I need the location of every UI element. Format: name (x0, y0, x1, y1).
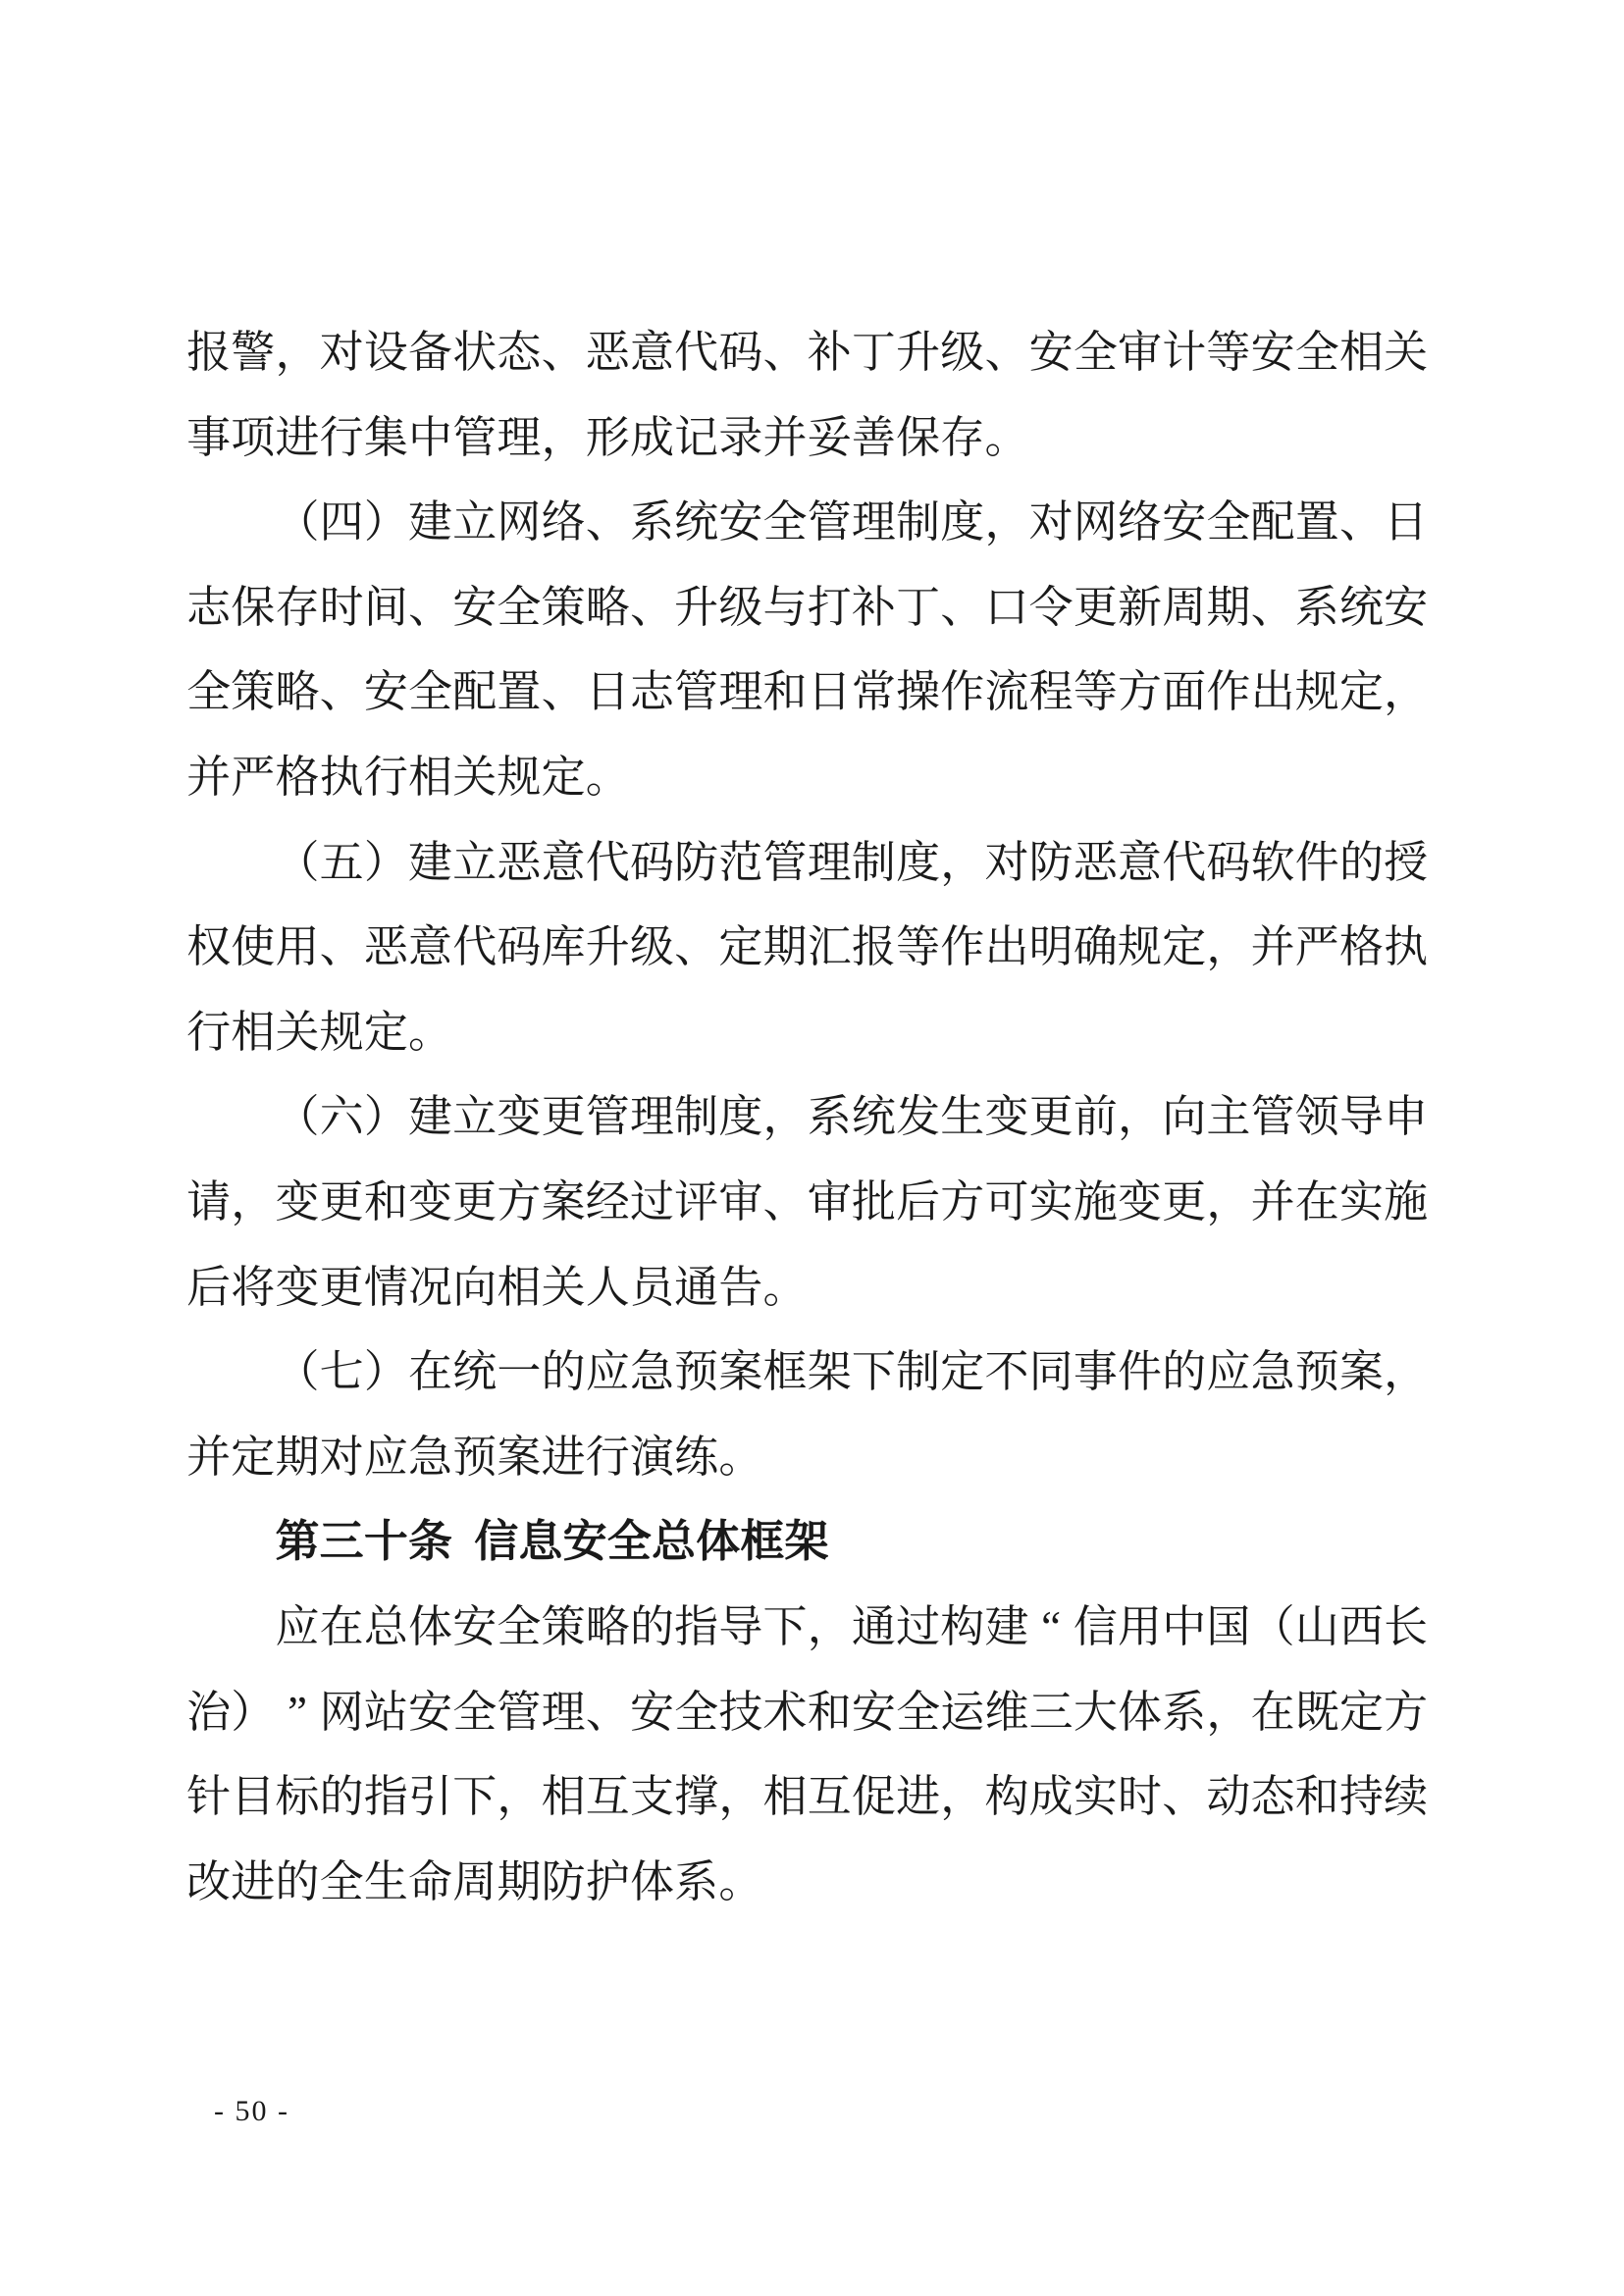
char: 期 (762, 905, 807, 990)
char: 行 (364, 735, 408, 820)
char: 理 (542, 1670, 586, 1755)
char: 与 (762, 565, 807, 651)
char: 案 (542, 1160, 586, 1245)
char: 略 (275, 650, 319, 735)
char: 相 (408, 735, 452, 820)
char: 情 (364, 1245, 408, 1331)
char: ， (231, 1160, 275, 1245)
char: 用 (1118, 1585, 1162, 1670)
char: ， (1384, 1330, 1428, 1415)
char: 关 (542, 1245, 586, 1331)
char: （ (275, 820, 319, 906)
char: 日 (808, 650, 852, 735)
char: ， (1118, 1074, 1162, 1160)
char: ， (718, 1754, 762, 1840)
char: 补 (808, 310, 852, 395)
char: 相 (762, 1754, 807, 1840)
char: 审 (718, 1160, 762, 1245)
char: 应 (586, 1330, 630, 1415)
char: 定 (364, 990, 408, 1075)
text-line: 全策略、安全配置、日志管理和日常操作流程等方面作出规定， (186, 650, 1429, 735)
char: 形 (586, 395, 630, 481)
char: 时 (1118, 1754, 1162, 1840)
char: 进 (542, 1415, 586, 1500)
char: 标 (275, 1754, 319, 1840)
char: 的 (1162, 1330, 1206, 1415)
char: 度 (896, 820, 940, 906)
char: 制 (896, 1330, 940, 1415)
char: 全 (452, 1670, 497, 1755)
char: 发 (896, 1074, 940, 1160)
char: ， (1206, 1670, 1250, 1755)
char: 、 (940, 565, 984, 651)
char: 恶 (586, 310, 630, 395)
char: 变 (275, 1245, 319, 1331)
char: ， (1206, 905, 1250, 990)
char: 技 (718, 1670, 762, 1755)
char: 录 (718, 395, 762, 481)
char: 在 (408, 1330, 452, 1415)
char: 定 (542, 735, 586, 820)
char: 等 (896, 905, 940, 990)
char: 全 (1074, 310, 1118, 395)
char: 态 (1251, 1754, 1295, 1840)
char: 六 (320, 1074, 364, 1160)
char: 一 (497, 1330, 541, 1415)
char: 命 (408, 1840, 452, 1925)
char: 流 (984, 650, 1028, 735)
char: 目 (231, 1754, 275, 1840)
char: 安 (452, 1585, 497, 1670)
char: 配 (452, 650, 497, 735)
char: 定 (1339, 650, 1384, 735)
char: 定 (1339, 1670, 1384, 1755)
char: 站 (364, 1670, 408, 1755)
char: 建 (408, 480, 452, 565)
char: 确 (1074, 905, 1118, 990)
char: 持 (1339, 1754, 1384, 1840)
char: 升 (586, 905, 630, 990)
char: 向 (1162, 1074, 1206, 1160)
char: 全 (1206, 480, 1250, 565)
char: 代 (586, 820, 630, 906)
char: 码 (497, 905, 541, 990)
char: 代 (452, 905, 497, 990)
char: 四 (320, 480, 364, 565)
char: 变 (275, 1160, 319, 1245)
char: 西 (1339, 1585, 1384, 1670)
char: 管 (808, 480, 852, 565)
char: 员 (630, 1245, 674, 1331)
char: 全 (186, 650, 231, 735)
char: ” (275, 1670, 319, 1755)
char: 升 (896, 310, 940, 395)
char: 网 (497, 480, 541, 565)
char: 保 (896, 395, 940, 481)
char: 出 (984, 905, 1028, 990)
char: 日 (1384, 480, 1428, 565)
char: 管 (497, 1670, 541, 1755)
char: 更 (320, 1160, 364, 1245)
char: 事 (1074, 1330, 1118, 1415)
char: 规 (320, 990, 364, 1075)
char: 制 (674, 1074, 718, 1160)
char: 互 (808, 1754, 852, 1840)
char: 况 (408, 1245, 452, 1331)
char: 并 (1251, 905, 1295, 990)
char: 主 (1206, 1074, 1250, 1160)
char: 息 (518, 1499, 562, 1585)
char: 全 (408, 650, 452, 735)
char: 中 (1162, 1585, 1206, 1670)
char: 体 (1118, 1670, 1162, 1755)
char: 构 (984, 1754, 1028, 1840)
char: 态 (497, 310, 541, 395)
char: 下 (452, 1754, 497, 1840)
char: 并 (762, 395, 807, 481)
char: 系 (674, 1840, 718, 1925)
char: 统 (1339, 565, 1384, 651)
char: 权 (186, 905, 231, 990)
char: 实 (1074, 1754, 1118, 1840)
char: 制 (896, 480, 940, 565)
char: 全 (1295, 310, 1339, 395)
char: 志 (630, 650, 674, 735)
text-line: 并严格执行相关规定。 (186, 735, 1429, 820)
char: 进 (231, 1840, 275, 1925)
char: 既 (1295, 1670, 1339, 1755)
char: 应 (1206, 1330, 1250, 1415)
text-line: 志保存时间、安全策略、升级与打补丁、口令更新周期、系统安 (186, 565, 1429, 651)
char: 络 (542, 480, 586, 565)
char: 审 (1118, 310, 1162, 395)
char: ， (762, 1074, 807, 1160)
char: 下 (852, 1330, 896, 1415)
char: “ (1029, 1585, 1074, 1670)
char: 、 (630, 565, 674, 651)
char: 网 (1074, 480, 1118, 565)
char: 策 (542, 1585, 586, 1670)
char: 练 (674, 1415, 718, 1500)
char: 定 (940, 1330, 984, 1415)
char: 授 (1384, 820, 1428, 906)
text-line: 应在总体安全策略的指导下，通过构建“信用中国（山西长 (186, 1585, 1429, 1670)
char: 急 (630, 1330, 674, 1415)
char: 安 (1162, 480, 1206, 565)
char: 格 (275, 735, 319, 820)
char: ） (231, 1670, 275, 1755)
char: 撑 (674, 1754, 718, 1840)
char: 定 (718, 905, 762, 990)
char: 安 (364, 650, 408, 735)
char: 恶 (364, 905, 408, 990)
char: 统 (852, 1074, 896, 1160)
char: 下 (762, 1585, 807, 1670)
char: （ (1251, 1585, 1295, 1670)
char: 妥 (808, 395, 852, 481)
char: 善 (852, 395, 896, 481)
char: 格 (1339, 905, 1384, 990)
char: 不 (984, 1330, 1028, 1415)
char: 络 (1118, 480, 1162, 565)
char: 丁 (896, 565, 940, 651)
char: 度 (940, 480, 984, 565)
char: 对 (1029, 480, 1074, 565)
char: 报 (186, 310, 231, 395)
char: 状 (452, 310, 497, 395)
char: 理 (808, 820, 852, 906)
char: 急 (408, 1415, 452, 1500)
char: 关 (275, 990, 319, 1075)
text-line: 并定期对应急预案进行演练。 (186, 1415, 1429, 1500)
char: 项 (231, 395, 275, 481)
char: 通 (852, 1585, 896, 1670)
char: 防 (1029, 820, 1074, 906)
char: 请 (186, 1160, 231, 1245)
char: 对 (984, 820, 1028, 906)
char: 级 (630, 905, 674, 990)
char: 、 (1162, 1754, 1206, 1840)
char: 体 (630, 1840, 674, 1925)
char: 建 (984, 1585, 1028, 1670)
char: 批 (852, 1160, 896, 1245)
char: 构 (940, 1585, 984, 1670)
char: 护 (586, 1840, 630, 1925)
char: 等 (1206, 310, 1250, 395)
char: 安 (1251, 310, 1295, 395)
char: 管 (452, 395, 497, 481)
char: 执 (1384, 905, 1428, 990)
char: 。 (984, 395, 1028, 481)
char: 五 (320, 820, 364, 906)
text-line: 行相关规定。 (186, 990, 1429, 1075)
text-line: （六）建立变更管理制度，系统发生变更前，向主管领导申 (186, 1074, 1429, 1160)
text-line: （五）建立恶意代码防范管理制度，对防恶意代码软件的授 (186, 820, 1429, 906)
char: 通 (674, 1245, 718, 1331)
char: 指 (364, 1754, 408, 1840)
char: 管 (1251, 1074, 1295, 1160)
char: 关 (1384, 310, 1428, 395)
char: 生 (364, 1840, 408, 1925)
char: 后 (896, 1160, 940, 1245)
char: 置 (497, 650, 541, 735)
char: 全 (497, 1585, 541, 1670)
char: 立 (452, 480, 497, 565)
char: 预 (452, 1415, 497, 1500)
char: 相 (1339, 310, 1384, 395)
char: 、 (542, 310, 586, 395)
char: 体 (696, 1499, 740, 1585)
char: 码 (1206, 820, 1250, 906)
char: 支 (630, 1754, 674, 1840)
char: ） (364, 1330, 408, 1415)
char: 变 (408, 1160, 452, 1245)
text-line: 针目标的指引下，相互支撑，相互促进，构成实时、动态和持续 (186, 1754, 1429, 1840)
char: 令 (1029, 565, 1074, 651)
char: 国 (1206, 1585, 1250, 1670)
char: 方 (497, 1160, 541, 1245)
char: 、 (542, 650, 586, 735)
char: 全 (762, 480, 807, 565)
char: 制 (852, 820, 896, 906)
char: 立 (452, 1074, 497, 1160)
char: 置 (1295, 480, 1339, 565)
char: ） (364, 820, 408, 906)
char: ， (275, 310, 319, 395)
text-line: （七）在统一的应急预案框架下制定不同事件的应急预案， (186, 1330, 1429, 1415)
char: 预 (1295, 1330, 1339, 1415)
char: 。 (762, 1245, 807, 1331)
char: 评 (674, 1160, 718, 1245)
char: 间 (364, 565, 408, 651)
char: 、 (1251, 565, 1295, 651)
char: 记 (674, 395, 718, 481)
char: 存 (275, 565, 319, 651)
char: 相 (542, 1754, 586, 1840)
char: 体 (408, 1585, 452, 1670)
char: ， (808, 1585, 852, 1670)
char: 、 (320, 650, 364, 735)
char: 安 (1384, 565, 1428, 651)
char: 系 (630, 480, 674, 565)
char: 条 (408, 1499, 452, 1585)
char: 定 (231, 1415, 275, 1500)
char: 三 (1029, 1670, 1074, 1755)
char: 作 (1206, 650, 1250, 735)
char: 方 (1384, 1670, 1428, 1755)
char: ， (984, 480, 1028, 565)
char: 人 (586, 1245, 630, 1331)
text-line: （四）建立网络、系统安全管理制度，对网络安全配置、日 (186, 480, 1429, 565)
char: 变 (1118, 1160, 1162, 1245)
char: 规 (1118, 905, 1162, 990)
char: 中 (408, 395, 452, 481)
char: 总 (364, 1585, 408, 1670)
char: 并 (1251, 1160, 1295, 1245)
char: 和 (808, 1670, 852, 1755)
char: 第 (275, 1499, 319, 1585)
char: 理 (718, 650, 762, 735)
char: 规 (497, 735, 541, 820)
char: 向 (452, 1245, 497, 1331)
char: 设 (364, 310, 408, 395)
char: （ (275, 1330, 319, 1415)
char: 互 (586, 1754, 630, 1840)
char: 报 (852, 905, 896, 990)
text-line: 请，变更和变更方案经过评审、审批后方可实施变更，并在实施 (186, 1160, 1429, 1245)
char: 立 (452, 820, 497, 906)
char: 经 (586, 1160, 630, 1245)
char: 升 (674, 565, 718, 651)
char: 十 (364, 1499, 408, 1585)
char: 作 (940, 650, 984, 735)
char: 、 (586, 480, 630, 565)
char: 过 (896, 1585, 940, 1670)
char: 指 (674, 1585, 718, 1670)
char: 演 (630, 1415, 674, 1500)
char: 促 (852, 1754, 896, 1840)
char: 和 (364, 1160, 408, 1245)
char: 变 (497, 1074, 541, 1160)
char: 更 (1029, 1074, 1074, 1160)
char: 变 (984, 1074, 1028, 1160)
char: 事 (186, 395, 231, 481)
char: 总 (652, 1499, 696, 1585)
char: 施 (1384, 1160, 1428, 1245)
char: 周 (452, 1840, 497, 1925)
char: 码 (718, 310, 762, 395)
char: 导 (718, 1585, 762, 1670)
char: 维 (984, 1670, 1028, 1755)
char: 意 (408, 905, 452, 990)
char: 常 (852, 650, 896, 735)
char: 关 (452, 735, 497, 820)
char: 新 (1118, 565, 1162, 651)
char: 件 (1295, 820, 1339, 906)
char: 信 (1074, 1585, 1118, 1670)
char: ） (364, 480, 408, 565)
char: 计 (1162, 310, 1206, 395)
char: 志 (186, 565, 231, 651)
text-line: 权使用、恶意代码库升级、定期汇报等作出明确规定，并严格执 (186, 905, 1429, 990)
char: 全 (320, 1840, 364, 1925)
char: 进 (896, 1754, 940, 1840)
char: 意 (1118, 820, 1162, 906)
char: 理 (630, 1074, 674, 1160)
char: 意 (630, 310, 674, 395)
char: 框 (762, 1330, 807, 1415)
char: 生 (940, 1074, 984, 1160)
char: 用 (275, 905, 319, 990)
char: 可 (984, 1160, 1028, 1245)
char: 大 (1074, 1670, 1118, 1755)
char: 安 (408, 1670, 452, 1755)
char: 的 (275, 1840, 319, 1925)
document-page: 报警，对设备状态、恶意代码、补丁升级、安全审计等安全相关事项进行集中管理，形成记… (0, 0, 1624, 2296)
char: 等 (1074, 650, 1118, 735)
char: 略 (586, 565, 630, 651)
char: 应 (275, 1585, 319, 1670)
char: 术 (762, 1670, 807, 1755)
char: 审 (808, 1160, 852, 1245)
char: 补 (852, 565, 896, 651)
char: 。 (408, 990, 452, 1075)
char: 库 (542, 905, 586, 990)
char: 、 (762, 1160, 807, 1245)
char: 全 (497, 565, 541, 651)
char: 软 (1251, 820, 1295, 906)
text-line: 治）”网站安全管理、安全技术和安全运维三大体系，在既定方 (186, 1670, 1429, 1755)
char: 使 (231, 905, 275, 990)
char: 改 (186, 1840, 231, 1925)
char: 告 (718, 1245, 762, 1331)
char: 申 (1384, 1074, 1428, 1160)
char: 安 (852, 1670, 896, 1755)
page-number: - 50 - (214, 2094, 289, 2129)
char: 策 (542, 565, 586, 651)
char: 执 (320, 735, 364, 820)
char: 建 (408, 1074, 452, 1160)
char: ， (940, 1754, 984, 1840)
char: 后 (186, 1245, 231, 1331)
char: 操 (896, 650, 940, 735)
char: 管 (586, 1074, 630, 1160)
char: 打 (808, 565, 852, 651)
char: 、 (674, 905, 718, 990)
char: 系 (1162, 1670, 1206, 1755)
char: 周 (1162, 565, 1206, 651)
char: 严 (1295, 905, 1339, 990)
